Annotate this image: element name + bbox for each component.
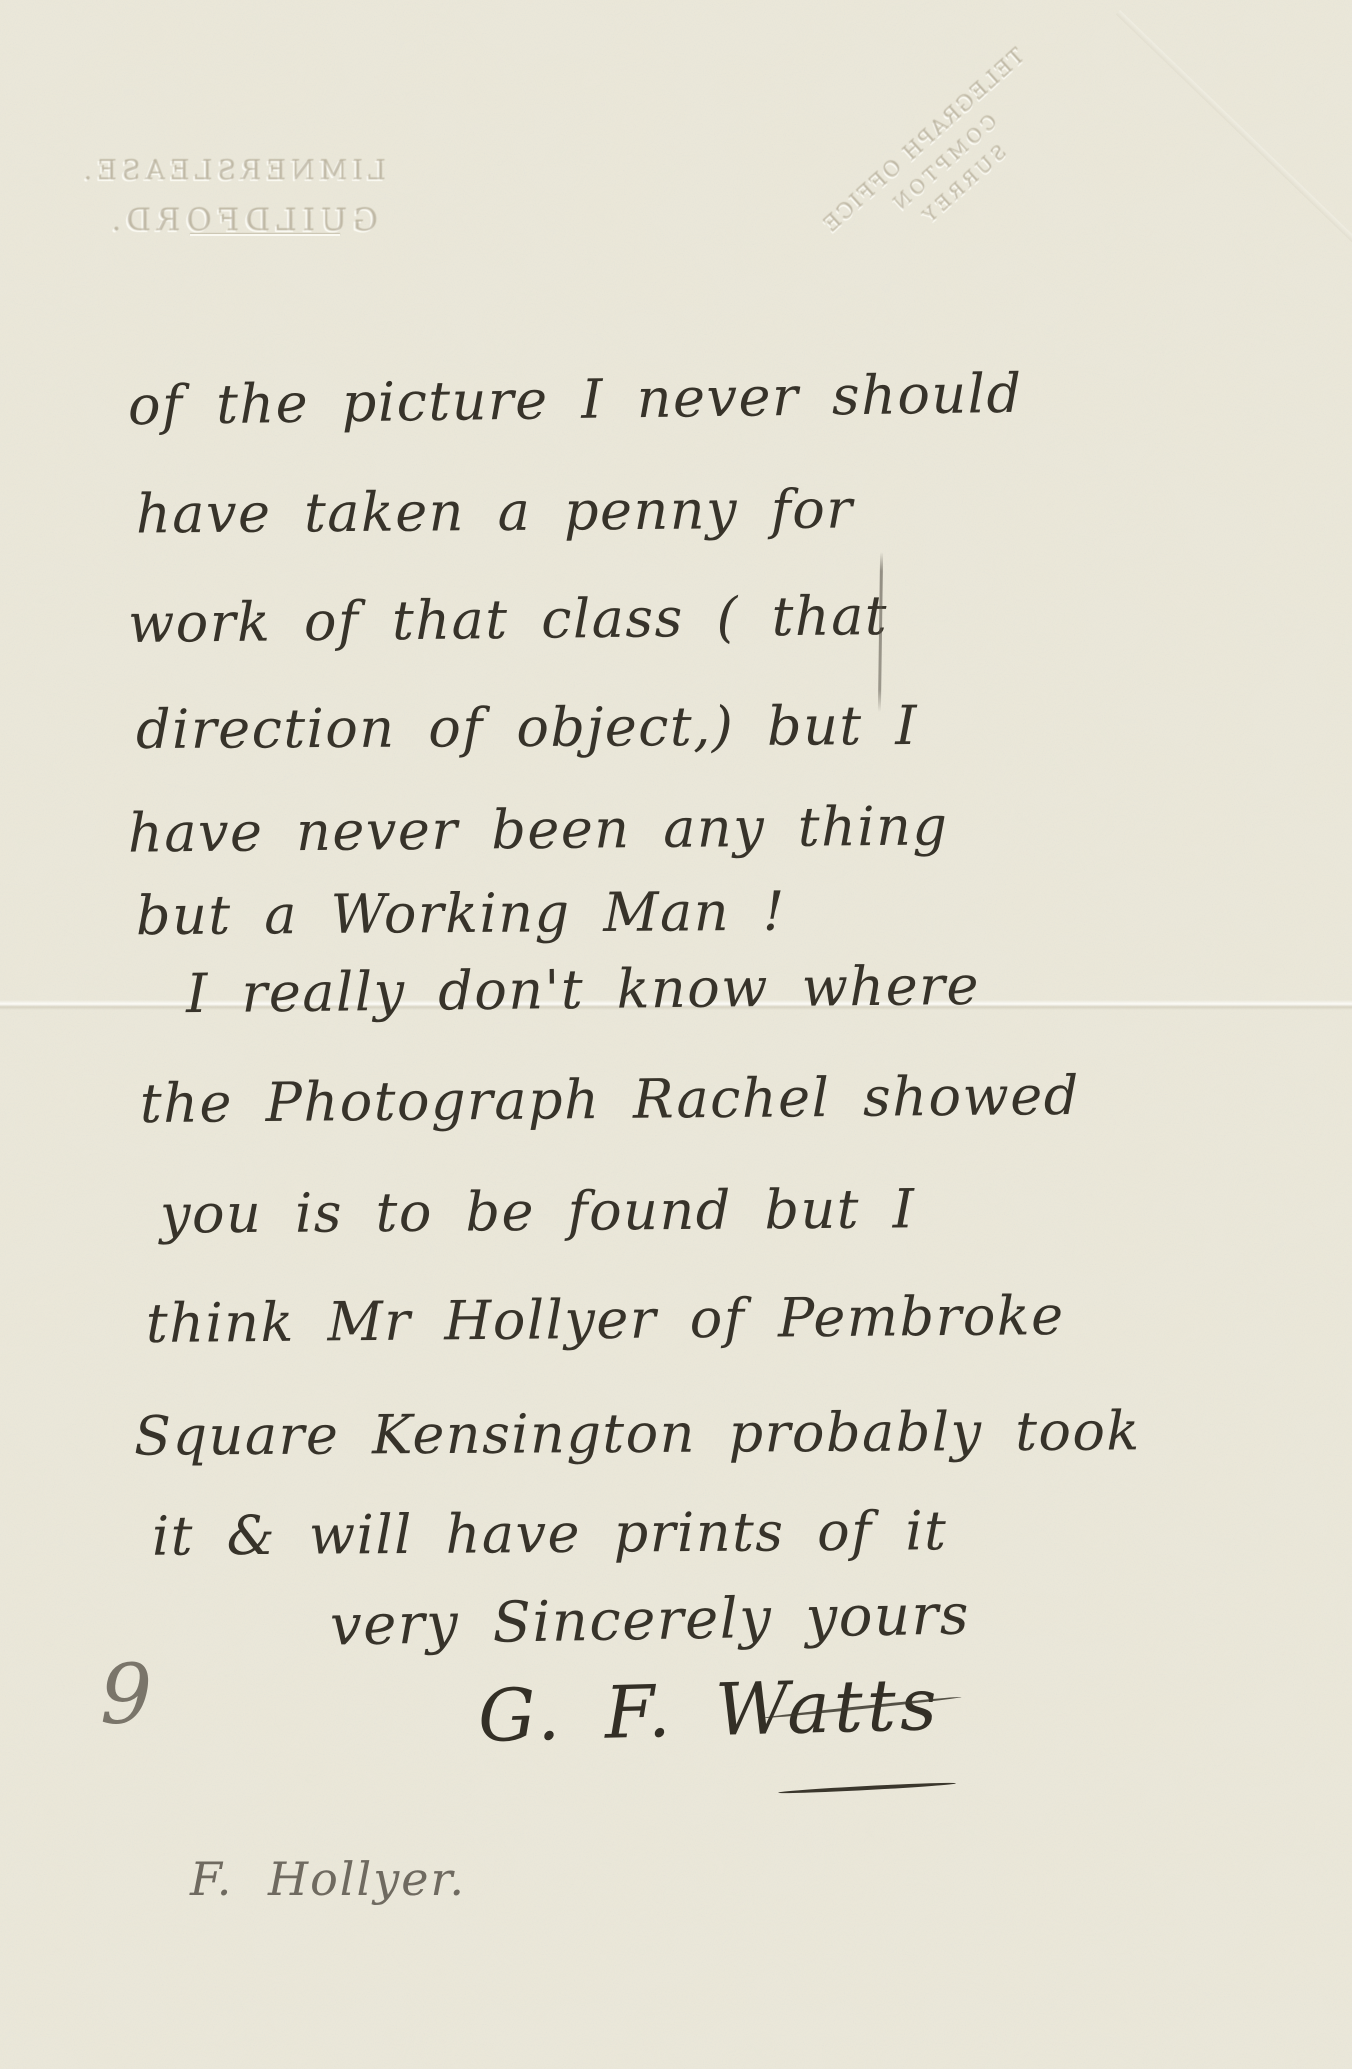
signature: G. F. Watts (477, 1662, 942, 1758)
letter-line: Square Kensington probably took (134, 1399, 1141, 1467)
embossed-address-line: LIMNERSLEASE. (100, 156, 385, 187)
letter-line: I really don't know where (186, 954, 980, 1025)
letter-line: work of that class ( that (128, 584, 889, 655)
letter-line: but a Working Man ! (136, 880, 786, 948)
paper-texture (0, 0, 1352, 2069)
letter-line: direction of object,) but I (136, 694, 918, 761)
letter-line: of the picture I never should (128, 362, 1023, 437)
letter-line: have taken a penny for (136, 477, 854, 545)
letter-page: LIMNERSLEASE. GUILDFORD. TELEGRAPH OFFIC… (0, 0, 1352, 2069)
page-number-pencil: 9 (100, 1648, 152, 1743)
letter-line: think Mr Hollyer of Pembroke (146, 1284, 1065, 1355)
letter-line: it & will have prints of it (152, 1499, 948, 1568)
letter-line: the Photograph Rachel showed (140, 1064, 1080, 1135)
letter-line: have never been any thing (128, 794, 949, 864)
embossed-underline (190, 234, 340, 236)
embossed-address: LIMNERSLEASE. GUILDFORD. (100, 156, 385, 239)
letter-line: you is to be found but I (160, 1177, 916, 1245)
closing-line: very Sincerely yours (329, 1582, 970, 1658)
photographer-note-pencil: F. Hollyer. (190, 1852, 466, 1906)
